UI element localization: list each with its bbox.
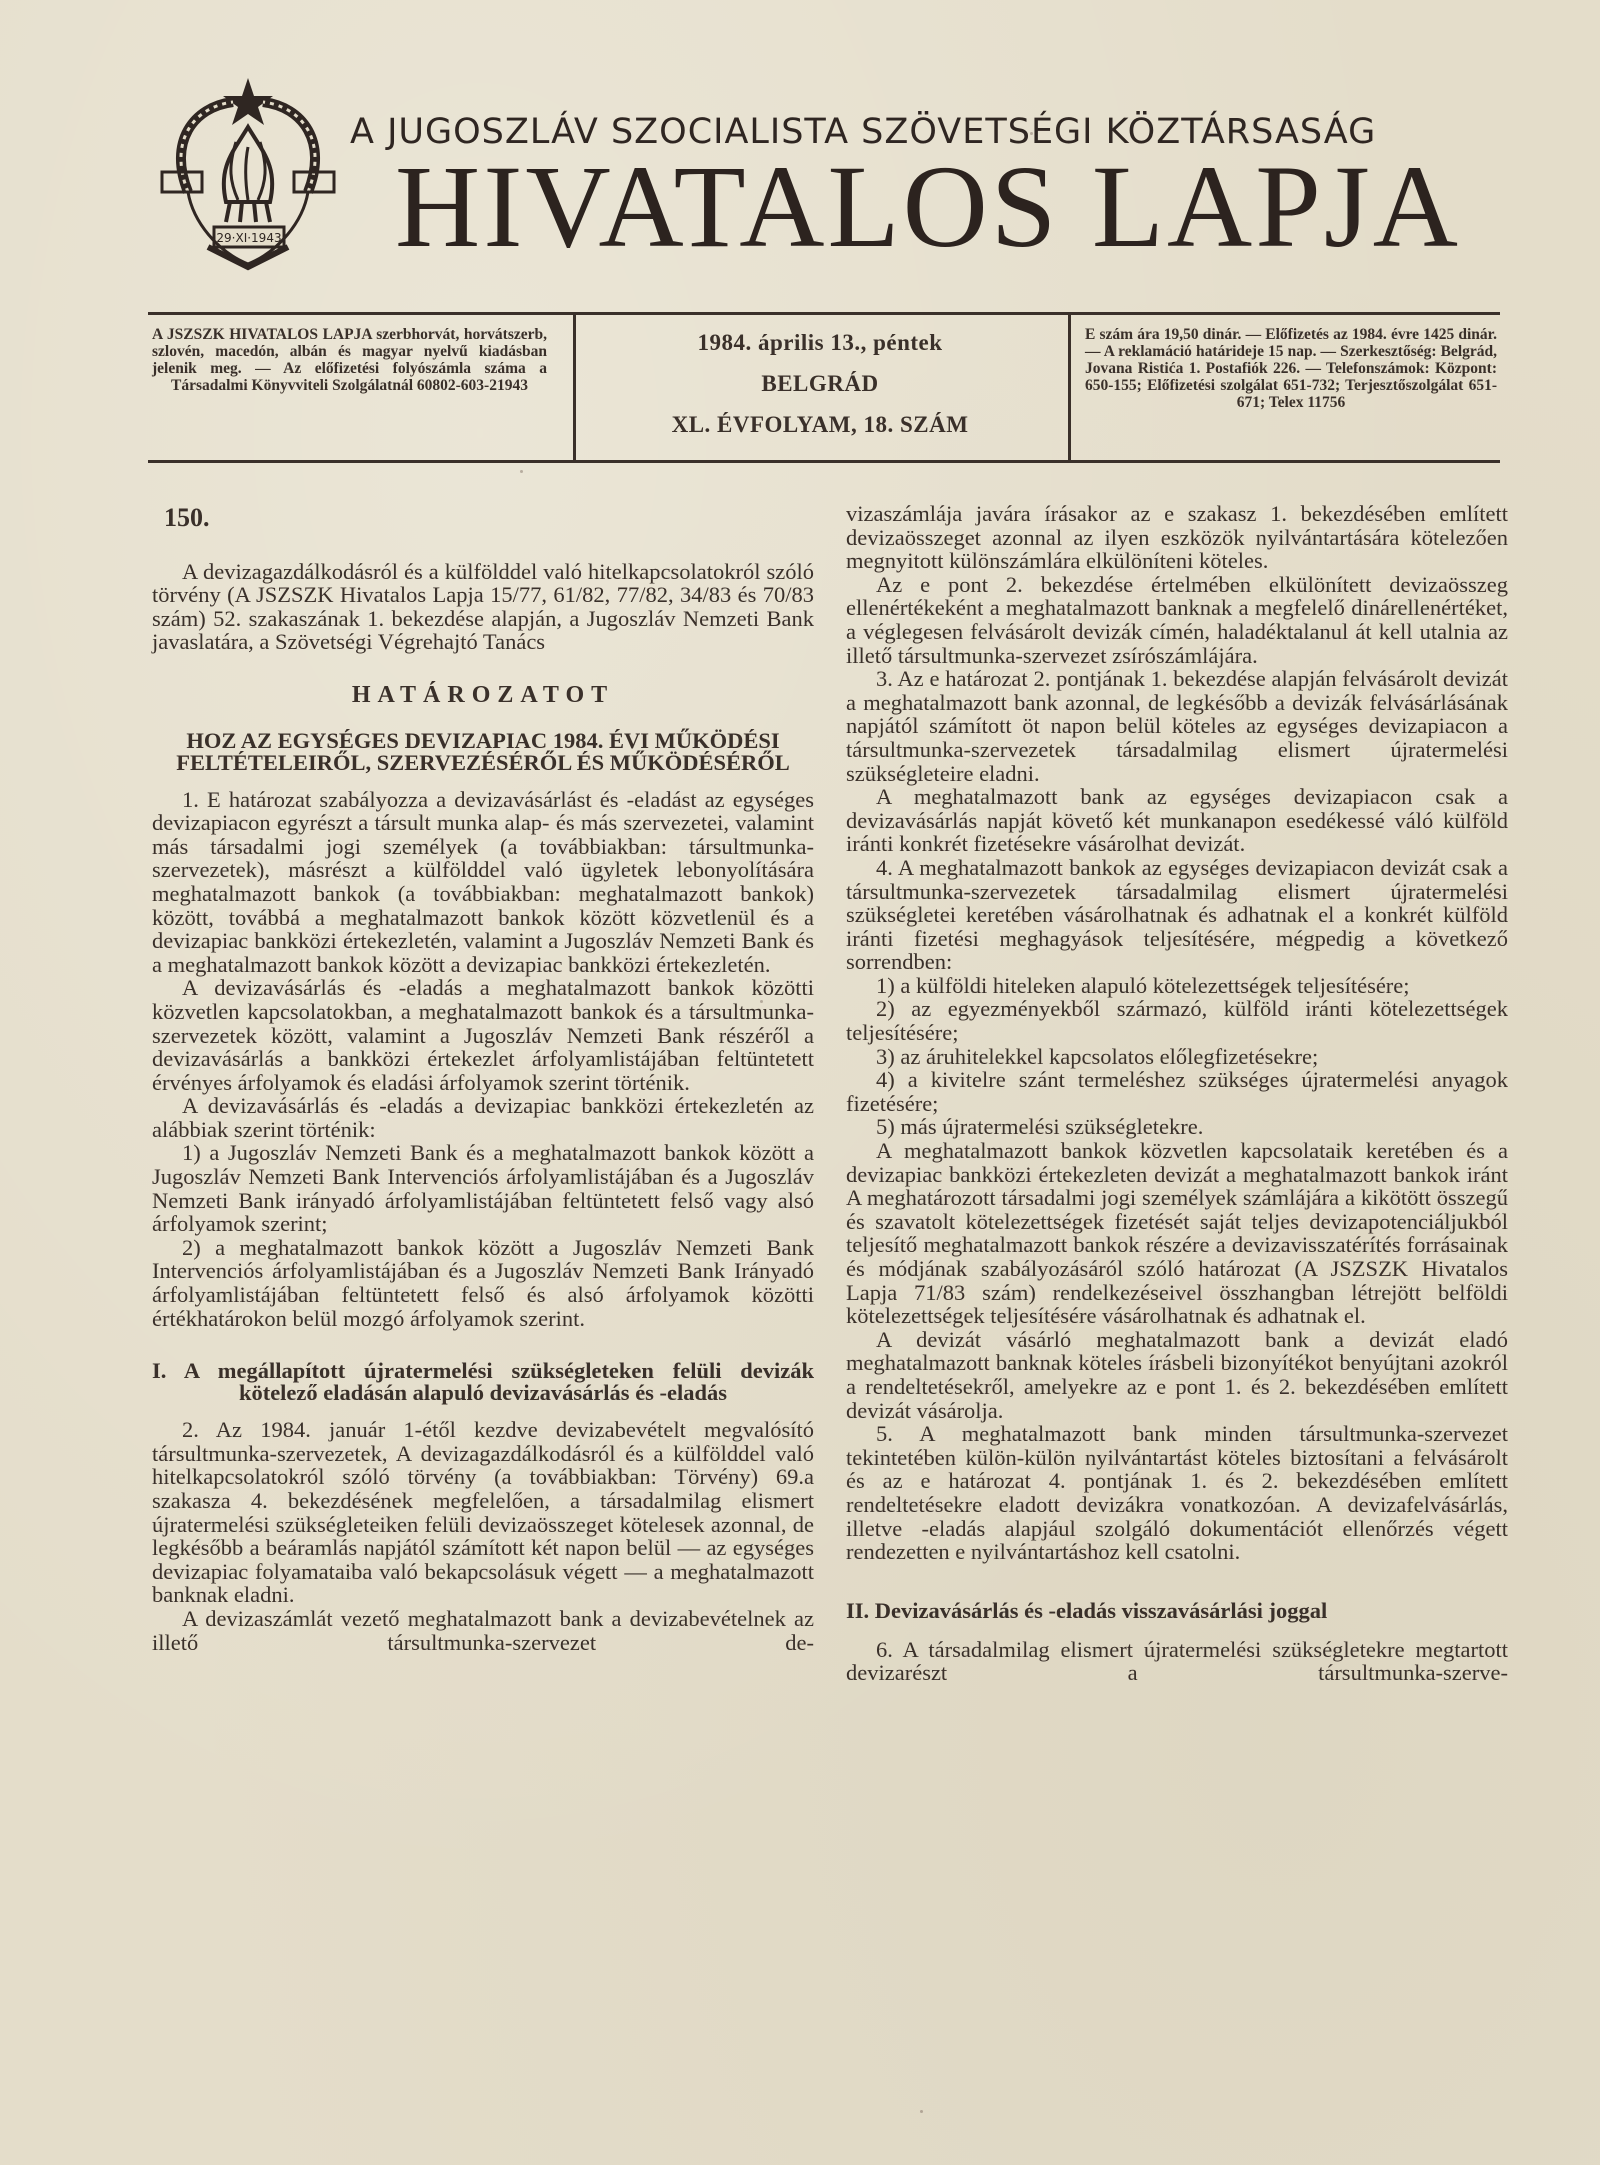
issue-date: 1984. április 13., péntek: [580, 330, 1060, 356]
list-item: 3) az áruhitelekkel kapcsolatos előlegfi…: [846, 1045, 1508, 1069]
paragraph: A devizavásárlás és -eladás a meghatalma…: [152, 976, 814, 1094]
issue-volume: XL. ÉVFOLYAM, 18. SZÁM: [580, 412, 1060, 438]
gazette-title: HIVATALOS LAPJA: [395, 148, 1461, 266]
divider-right: [1068, 315, 1071, 460]
paragraph: A devizavásárlás és -eladás a devizapiac…: [152, 1094, 814, 1141]
divider-left: [573, 315, 576, 460]
list-item: 2) az egyezményekből származó, külföld i…: [846, 997, 1508, 1044]
paragraph: 3. Az e határozat 2. pontjának 1. bekezd…: [846, 667, 1508, 785]
publication-info: A JSZSZK HIVATALOS LAPJA szerbhorvát, ho…: [152, 326, 547, 394]
state-emblem-icon: 29·XI·1943: [148, 72, 348, 272]
svg-text:29·XI·1943: 29·XI·1943: [216, 231, 281, 245]
list-item: 2) a meghatalmazott bankok között a Jugo…: [152, 1236, 814, 1330]
paragraph: Az e pont 2. bekezdése értelmében elkülö…: [846, 573, 1508, 667]
paragraph: 5. A meghatalmazott bank minden társultm…: [846, 1422, 1508, 1564]
decision-word: HATÁROZATOT: [152, 684, 814, 708]
bottom-rule: [148, 460, 1500, 463]
paragraph: 1. E határozat szabályozza a devizavásár…: [152, 788, 814, 977]
decree-number: 150.: [164, 506, 814, 530]
section-heading-1: I. A megállapított újratermelési szükség…: [152, 1360, 814, 1404]
preamble: A devizagazdálkodásról és a külfölddel v…: [152, 560, 814, 654]
price-contact-info: E szám ára 19,50 dinár. — Előfizetés az …: [1085, 326, 1497, 411]
paragraph: A devizát vásárló meghatalmazott bank a …: [846, 1328, 1508, 1422]
list-item: 4) a kivitelre szánt termeléshez szükség…: [846, 1068, 1508, 1115]
top-rule: [148, 312, 1500, 315]
paragraph: 6. A társadalmilag elismert újratermelés…: [846, 1638, 1508, 1685]
paragraph: A meghatalmazott bank az egységes deviza…: [846, 785, 1508, 856]
newspaper-page: 29·XI·1943 A JUGOSZLÁV SZOCIALISTA SZÖVE…: [0, 0, 1600, 2165]
list-item: 1) a Jugoszláv Nemzeti Bank és a meghata…: [152, 1141, 814, 1235]
paragraph: A meghatalmazott bankok közvetlen kapcso…: [846, 1139, 1508, 1328]
coat-of-arms-icon: 29·XI·1943: [148, 72, 348, 272]
paragraph: A devizaszámlát vezető meghatalmazott ba…: [152, 1607, 814, 1654]
paragraph: 4. A meghatalmazott bankok az egységes d…: [846, 856, 1508, 974]
list-item: 5) más újratermelési szükségletekre.: [846, 1115, 1508, 1139]
decision-title: HOZ AZ EGYSÉGES DEVIZAPIAC 1984. ÉVI MŰK…: [152, 730, 814, 774]
paragraph: vizaszámlája javára írásakor az e szakas…: [846, 502, 1508, 573]
section-heading-2: II. Devizavásárlás és -eladás visszavásá…: [846, 1600, 1508, 1622]
list-item: 1) a külföldi hiteleken alapuló köteleze…: [846, 974, 1508, 998]
left-column: 150. A devizagazdálkodásról és a külföld…: [152, 500, 814, 1654]
paragraph: 2. Az 1984. január 1-étől kezdve devizab…: [152, 1418, 814, 1607]
issue-info: 1984. április 13., péntek BELGRÁD XL. ÉV…: [580, 330, 1060, 453]
issue-city: BELGRÁD: [580, 371, 1060, 397]
right-column: vizaszámlája javára írásakor az e szakas…: [846, 502, 1508, 1685]
